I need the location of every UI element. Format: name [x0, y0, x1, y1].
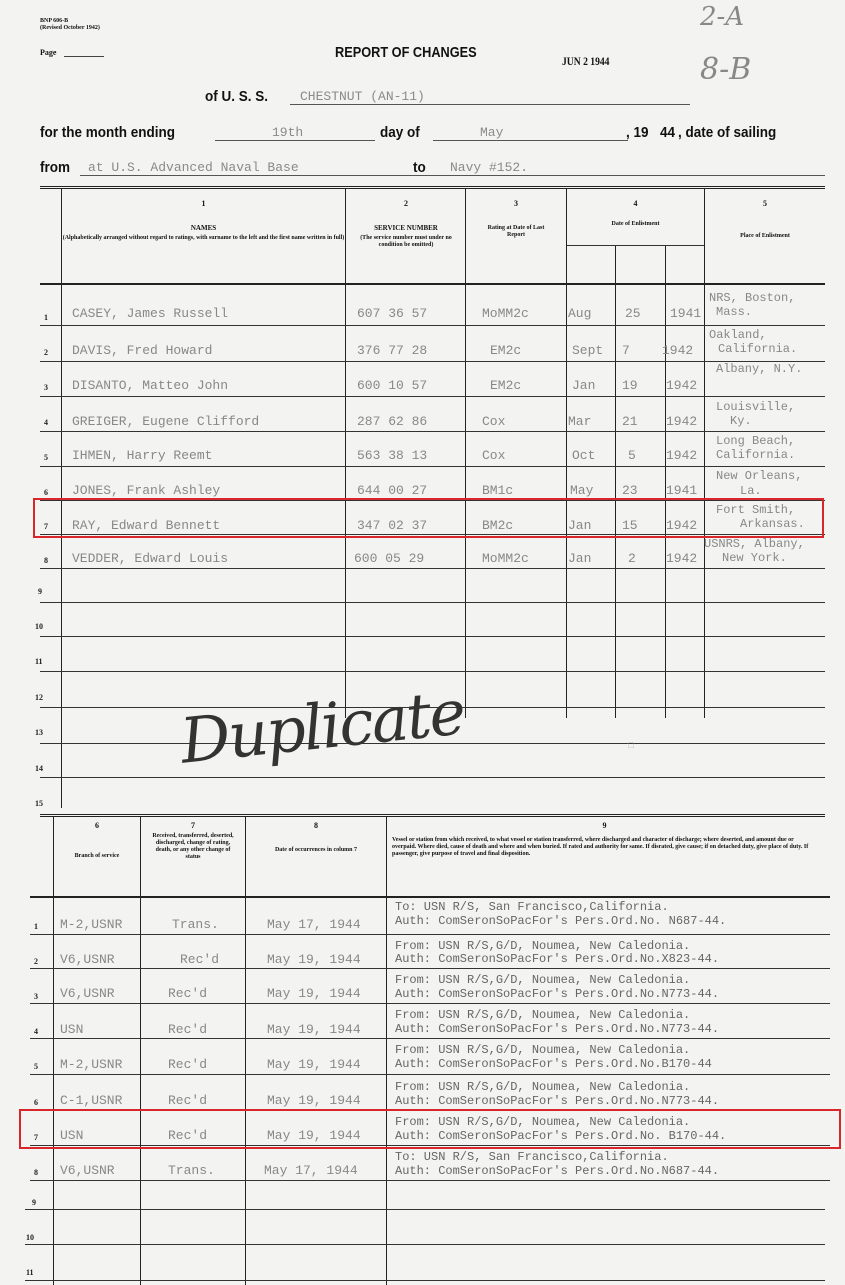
lower-table-header-border [30, 896, 830, 898]
month-value: May [480, 125, 503, 140]
enlist-month-cell: Aug [568, 306, 591, 321]
rating-cell: EM2c [490, 343, 521, 358]
date-of-sailing-label: , date of sailing [678, 124, 776, 141]
col-service-number-header: 2 SERVICE NUMBER (The service number mus… [350, 200, 462, 249]
col-status-header: 7 Received, transferred, deserted, disch… [142, 822, 244, 861]
form-number: BNP 606-B [40, 18, 100, 25]
rating-cell: MoMM2c [482, 551, 529, 566]
row-number: 3 [34, 992, 38, 1001]
row-line [30, 934, 830, 935]
month-ending-line [215, 140, 375, 141]
enlist-place-cell: California. [716, 448, 795, 462]
col-divider [140, 816, 141, 1285]
date-cell: May 19, 1944 [267, 1093, 361, 1108]
row-line [40, 636, 825, 637]
row-line [30, 1180, 830, 1181]
enlist-year-cell: 1942 [666, 378, 697, 393]
to-value: Navy #152. [450, 160, 528, 175]
col-divider [345, 188, 346, 718]
enlist-place-cell: New York. [722, 551, 787, 565]
enlist-month-cell: Mar [568, 414, 591, 429]
highlighted-row-lower [19, 1109, 841, 1149]
row-number: 5 [44, 453, 48, 462]
branch-cell: M-2,USNR [60, 1057, 122, 1072]
branch-cell: V6,USNR [60, 952, 115, 967]
ship-name-line [290, 104, 690, 105]
row-number: 13 [35, 728, 43, 737]
row-line [40, 396, 825, 397]
enlist-month-cell: Jan [572, 378, 595, 393]
enlist-place-cell: Albany, N.Y. [716, 362, 802, 376]
row-line [40, 325, 825, 326]
date-cell: May 19, 1944 [267, 1022, 361, 1037]
col-enlistment-date-header: 4 Date of Enlistment [567, 200, 704, 228]
month-line [433, 140, 628, 141]
handwritten-note-bottom: 8-B [700, 52, 751, 87]
enlistment-subheader-line [567, 245, 704, 246]
row-line [40, 568, 825, 569]
remarks-cell: To: USN R/S, San Francisco,California. [395, 900, 669, 914]
month-ending-day: 19th [272, 125, 303, 140]
enlist-year-cell: 1942 [662, 343, 693, 358]
faint-mark: □ [628, 740, 634, 751]
enlist-day-cell: 5 [628, 448, 636, 463]
branch-cell: M-2,USNR [60, 917, 122, 932]
from-to-line [80, 175, 825, 176]
row-number: 2 [34, 957, 38, 966]
enlist-month-cell: Jan [568, 551, 591, 566]
page-label: Page [40, 48, 56, 57]
row-number: 6 [44, 488, 48, 497]
enlist-year-cell: 1941 [670, 306, 701, 321]
enlist-day-cell: 2 [628, 551, 636, 566]
date-stamp: JUN 2 1944 [562, 54, 609, 69]
service-number-cell: 600 05 29 [354, 551, 424, 566]
date-cell: May 19, 1944 [267, 1057, 361, 1072]
name-cell: CASEY, James Russell [72, 306, 228, 321]
row-number: 10 [35, 622, 43, 631]
enlist-year-cell: 1941 [666, 483, 697, 498]
remarks-cell: From: USN R/S,G/D, Noumea, New Caledonia… [395, 939, 690, 953]
col-divider [615, 246, 616, 718]
rating-cell: Cox [482, 448, 505, 463]
service-number-cell: 607 36 57 [357, 306, 427, 321]
remarks-cell: From: USN R/S,G/D, Noumea, New Caledonia… [395, 1008, 690, 1022]
enlist-year-cell: 1942 [666, 414, 697, 429]
enlist-place-cell: La. [740, 484, 762, 498]
upper-table-top-border [40, 186, 825, 189]
remarks-cell: Auth: ComSeronSoPacFor's Pers.Ord.No.N68… [395, 1164, 719, 1178]
row-line [30, 1003, 830, 1004]
row-line [25, 1280, 825, 1281]
row-number: 11 [26, 1268, 34, 1277]
date-cell: May 17, 1944 [264, 1163, 358, 1178]
enlist-day-cell: 7 [622, 343, 630, 358]
col-divider [566, 188, 567, 718]
service-number-cell: 287 62 86 [357, 414, 427, 429]
upper-table-bottom-border [40, 814, 825, 817]
col-divider [245, 816, 246, 1285]
row-number: 4 [34, 1027, 38, 1036]
service-number-cell: 600 10 57 [357, 378, 427, 393]
upper-table-header-border [40, 283, 825, 285]
branch-cell: USN [60, 1022, 83, 1037]
enlist-month-cell: Sept [572, 343, 603, 358]
remarks-cell: To: USN R/S, San Francisco,California. [395, 1150, 669, 1164]
name-cell: IHMEN, Harry Reemt [72, 448, 212, 463]
document-title: REPORT OF CHANGES [335, 44, 477, 61]
col-names-header: 1 NAMES (Alphabetically arranged without… [62, 200, 345, 242]
status-cell: Rec'd [168, 1022, 207, 1037]
ship-name: CHESTNUT (AN-11) [300, 89, 425, 104]
row-line [30, 1038, 830, 1039]
date-cell: May 19, 1944 [267, 986, 361, 1001]
row-line [40, 431, 825, 432]
row-number: 4 [44, 418, 48, 427]
to-label: to [413, 159, 426, 176]
row-number: 1 [44, 313, 48, 322]
col-divider [386, 816, 387, 1285]
col-date-header: 8 Date of occurrences in column 7 [247, 822, 385, 854]
row-line [40, 361, 825, 362]
remarks-cell: Auth: ComSeronSoPacFor's Pers.Ord.No. N6… [395, 914, 726, 928]
status-cell: Rec'd [168, 1093, 207, 1108]
remarks-cell: Auth: ComSeronSoPacFor's Pers.Ord.No.X82… [395, 952, 719, 966]
highlighted-row-upper [33, 498, 824, 538]
row-line [30, 968, 830, 969]
enlist-day-cell: 25 [625, 306, 641, 321]
enlist-day-cell: 23 [622, 483, 638, 498]
enlist-month-cell: May [570, 483, 593, 498]
row-line [25, 1209, 825, 1210]
col-divider [465, 188, 466, 718]
from-value: at U.S. Advanced Naval Base [88, 160, 299, 175]
col-remarks-header: 9 Vessel or station from which received,… [392, 822, 817, 858]
row-number: 2 [44, 348, 48, 357]
remarks-cell: Auth: ComSeronSoPacFor's Pers.Ord.No.N77… [395, 1022, 719, 1036]
row-number: 9 [38, 587, 42, 596]
remarks-cell: From: USN R/S,G/D, Noumea, New Caledonia… [395, 973, 690, 987]
rating-cell: Cox [482, 414, 505, 429]
row-line [40, 777, 825, 778]
day-of-label: day of [380, 124, 420, 141]
service-number-cell: 376 77 28 [357, 343, 427, 358]
remarks-cell: Auth: ComSeronSoPacFor's Pers.Ord.No.N77… [395, 1094, 719, 1108]
remarks-cell: From: USN R/S,G/D, Noumea, New Caledonia… [395, 1080, 690, 1094]
enlist-day-cell: 21 [622, 414, 638, 429]
enlist-place-cell: Oakland, [709, 328, 767, 342]
row-line [25, 1244, 825, 1245]
date-cell: May 19, 1944 [267, 952, 361, 967]
row-number: 10 [26, 1233, 34, 1242]
enlist-place-cell: Ky. [730, 414, 752, 428]
row-line [40, 602, 825, 603]
rating-cell: MoMM2c [482, 306, 529, 321]
enlist-place-cell: Long Beach, [716, 434, 795, 448]
col-divider [53, 816, 54, 1285]
row-number: 9 [32, 1198, 36, 1207]
enlist-place-cell: California. [718, 342, 797, 356]
col-divider [665, 246, 666, 718]
row-line [30, 1074, 830, 1075]
service-number-cell: 644 00 27 [357, 483, 427, 498]
status-cell: Rec'd [180, 952, 219, 967]
status-cell: Rec'd [168, 986, 207, 1001]
remarks-cell: Auth: ComSeronSoPacFor's Pers.Ord.No.N77… [395, 987, 719, 1001]
col-rating-header: 3 Rating at Date of Last Report [470, 200, 562, 239]
service-number-cell: 563 38 13 [357, 448, 427, 463]
branch-cell: C-1,USNR [60, 1093, 122, 1108]
enlist-place-cell: Mass. [716, 305, 752, 319]
date-cell: May 17, 1944 [267, 917, 361, 932]
row-line [40, 671, 825, 672]
col-divider [704, 188, 705, 718]
row-number: 1 [34, 922, 38, 931]
row-number: 5 [34, 1062, 38, 1071]
name-cell: GREIGER, Eugene Clifford [72, 414, 259, 429]
month-ending-label: for the month ending [40, 124, 175, 141]
enlist-year-cell: 1942 [666, 448, 697, 463]
rating-cell: BM1c [482, 483, 513, 498]
from-label: from [40, 159, 70, 176]
row-number: 6 [34, 1098, 38, 1107]
row-number: 15 [35, 799, 43, 808]
col-branch-header: 6 Branch of service [54, 822, 140, 860]
row-number: 3 [44, 383, 48, 392]
col-enlistment-place-header: 5 Place of Enlistment [705, 200, 825, 240]
name-cell: DAVIS, Fred Howard [72, 343, 212, 358]
name-cell: JONES, Frank Ashley [72, 483, 220, 498]
form-revision: (Revised October 1942) [40, 25, 100, 32]
name-cell: DISANTO, Matteo John [72, 378, 228, 393]
branch-cell: V6,USNR [60, 986, 115, 1001]
status-cell: Trans. [168, 1163, 215, 1178]
row-number: 12 [35, 693, 43, 702]
year-prefix: , 19 [626, 124, 649, 141]
enlist-place-cell: Louisville, [716, 400, 795, 414]
enlist-place-cell: NRS, Boston, [709, 291, 795, 305]
name-cell: VEDDER, Edward Louis [72, 551, 228, 566]
year-suffix: 44 [660, 124, 675, 141]
uss-label: of U. S. S. [205, 88, 268, 105]
branch-cell: V6,USNR [60, 1163, 115, 1178]
enlist-month-cell: Oct [572, 448, 595, 463]
handwritten-note-top: 2-A [700, 2, 744, 32]
duplicate-handwritten-annotation: Duplicate [177, 675, 467, 777]
enlist-place-cell: USNRS, Albany, [704, 537, 805, 551]
page-number-field [64, 56, 104, 57]
status-cell: Rec'd [168, 1057, 207, 1072]
row-number: 14 [35, 764, 43, 773]
row-line [40, 466, 825, 467]
enlist-year-cell: 1942 [666, 551, 697, 566]
row-number: 8 [34, 1168, 38, 1177]
remarks-cell: Auth: ComSeronSoPacFor's Pers.Ord.No.B17… [395, 1057, 712, 1071]
status-cell: Trans. [172, 917, 219, 932]
rating-cell: EM2c [490, 378, 521, 393]
row-number: 8 [44, 556, 48, 565]
form-identifier: BNP 606-B (Revised October 1942) [40, 18, 100, 32]
enlist-place-cell: New Orleans, [716, 469, 802, 483]
row-number: 11 [35, 657, 43, 666]
remarks-cell: From: USN R/S,G/D, Noumea, New Caledonia… [395, 1043, 690, 1057]
enlist-day-cell: 19 [622, 378, 638, 393]
